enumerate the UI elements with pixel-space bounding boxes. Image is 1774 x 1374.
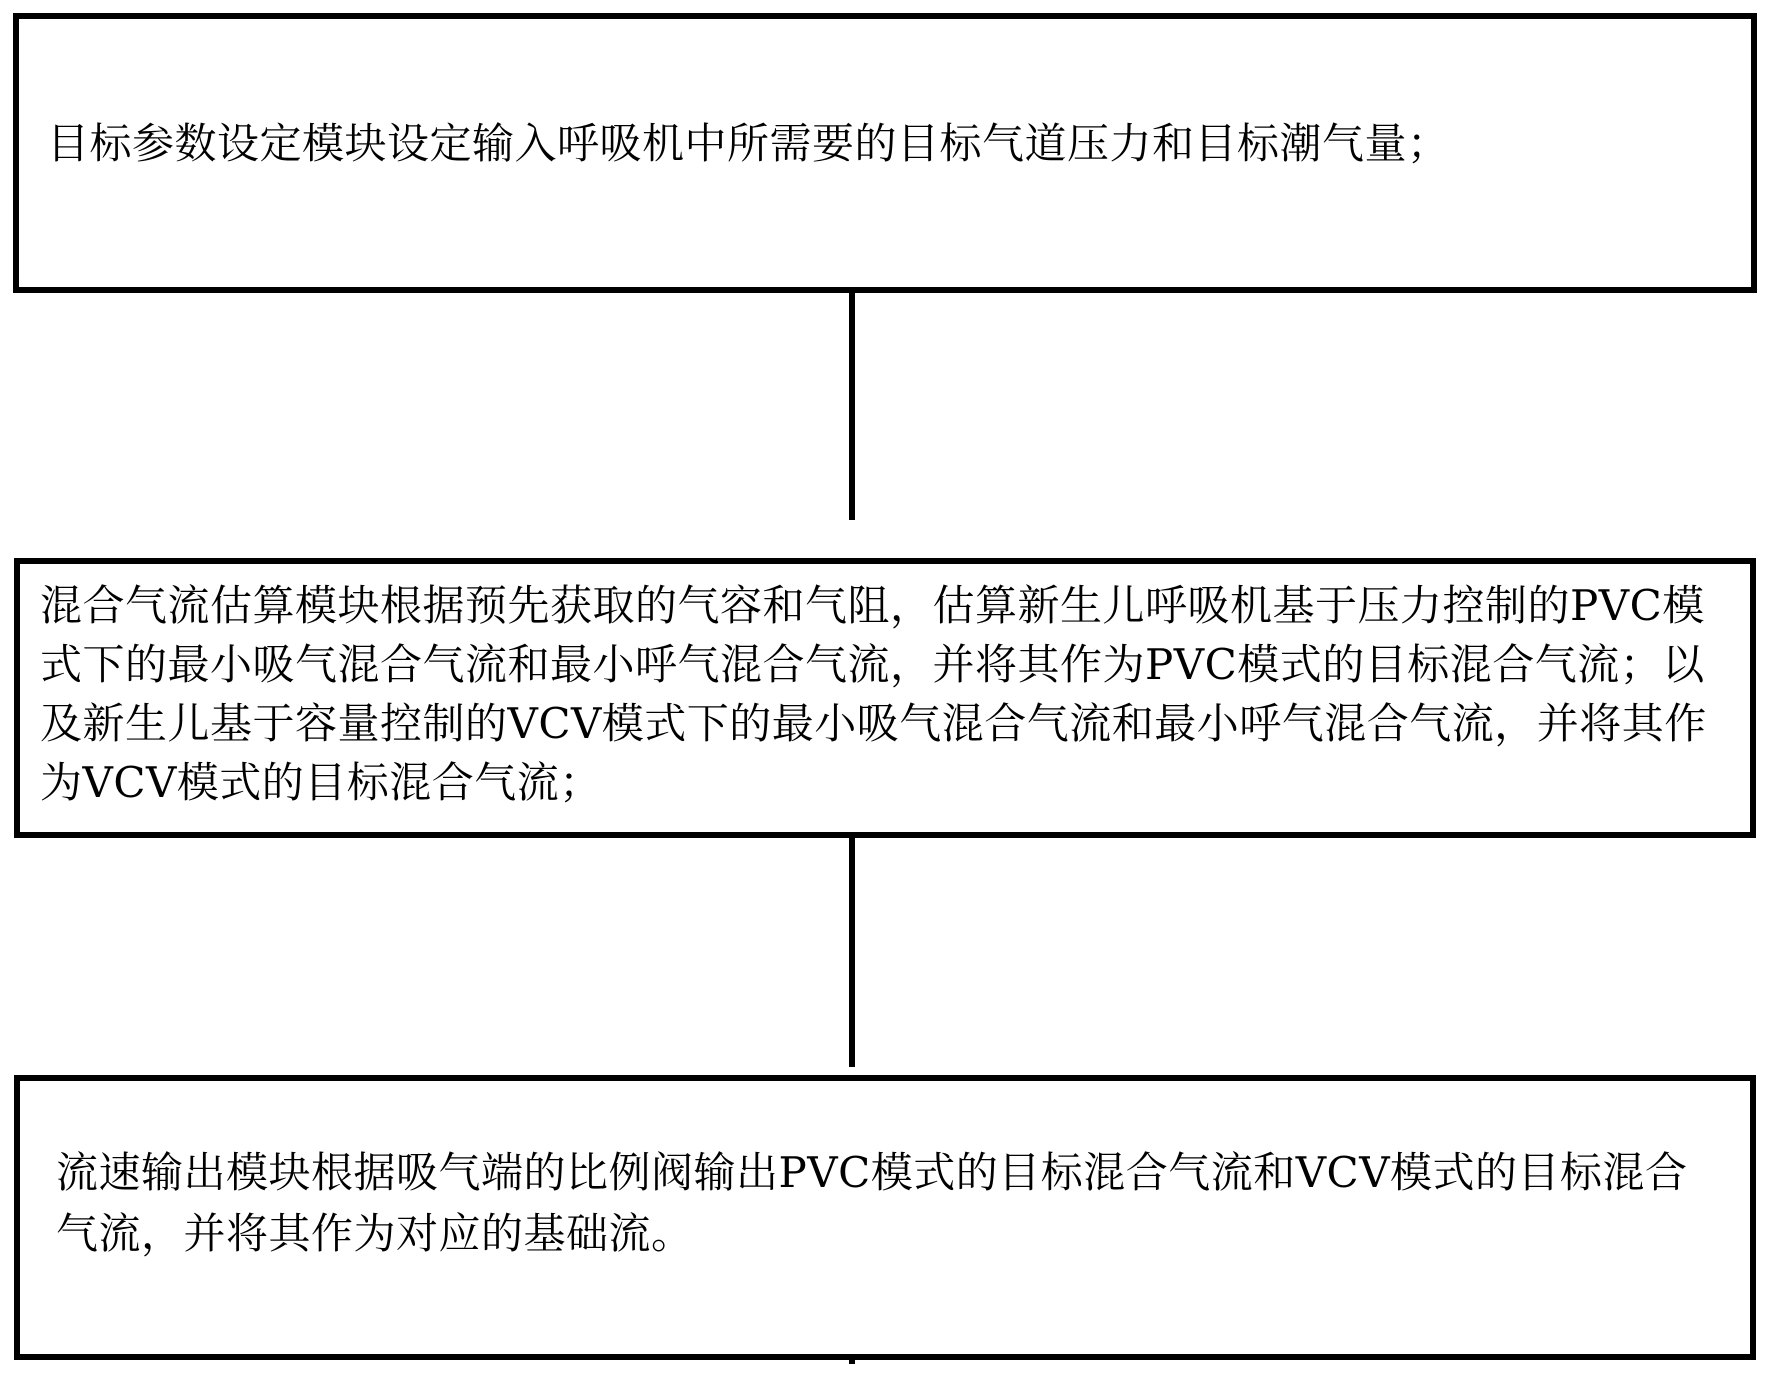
- flow-step-flow-rate-output: 流速输出模块根据吸气端的比例阀输出PVC模式的目标混合气流和VCV模式的目标混合…: [14, 1075, 1756, 1360]
- connector-stub-bottom: [849, 1358, 855, 1364]
- step-text: 流速输出模块根据吸气端的比例阀输出PVC模式的目标混合气流和VCV模式的目标混合…: [20, 1142, 1750, 1294]
- flow-step-mixed-flow-estimation: 混合气流估算模块根据预先获取的气容和气阻，估算新生儿呼吸机基于压力控制的PVC模…: [14, 558, 1756, 838]
- step-text: 目标参数设定模块设定输入呼吸机中所需要的目标气道压力和目标潮气量；: [19, 115, 1450, 192]
- connector-line-step2-to-step3: [849, 837, 855, 1067]
- step-text: 混合气流估算模块根据预先获取的气容和气阻，估算新生儿呼吸机基于压力控制的PVC模…: [20, 564, 1750, 812]
- flow-step-target-parameter-setting: 目标参数设定模块设定输入呼吸机中所需要的目标气道压力和目标潮气量；: [13, 13, 1757, 293]
- connector-line-step1-to-step2: [849, 292, 855, 520]
